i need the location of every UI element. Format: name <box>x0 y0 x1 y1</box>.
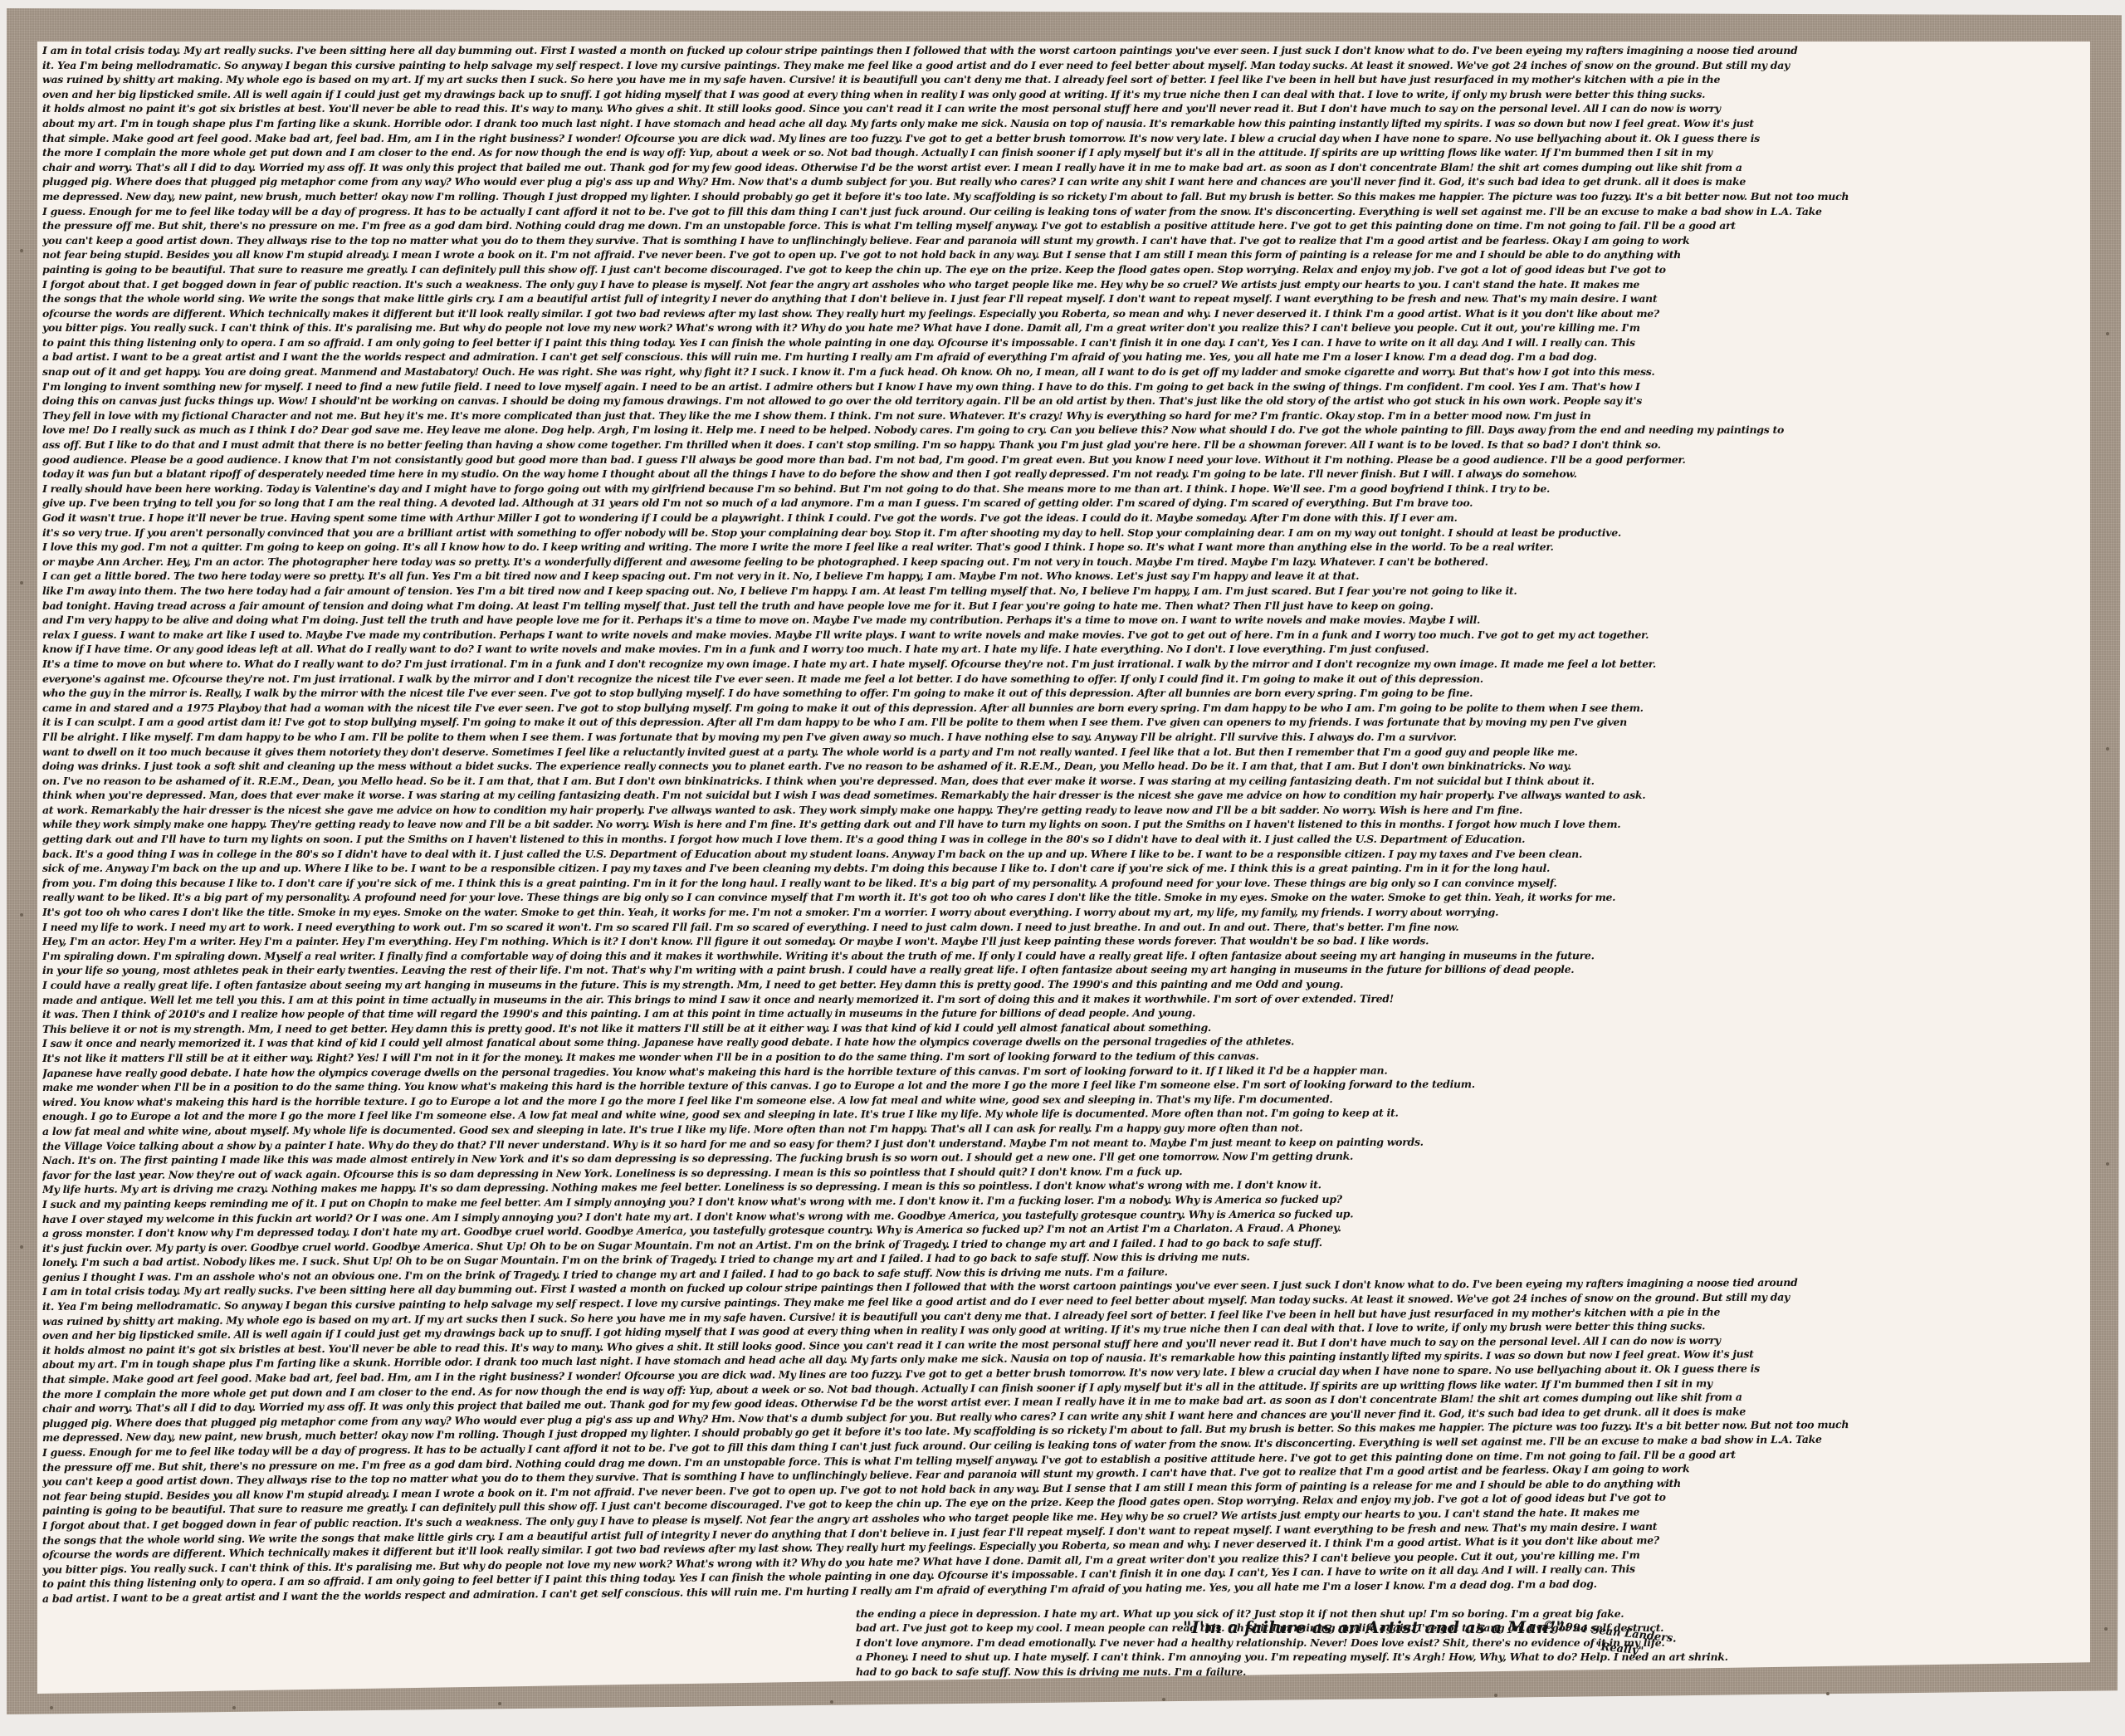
tack-mark <box>2106 747 2109 751</box>
text-line: It's got too oh who cares I don't like t… <box>42 905 2086 920</box>
text-line: I need my life to work. I need my art to… <box>42 920 2086 935</box>
tack-mark <box>830 1700 833 1704</box>
text-line: give up. I've been trying to tell you fo… <box>42 496 2086 511</box>
text-line: painting is going to be beautiful. That … <box>42 262 2086 277</box>
text-line: came in and stared and a 1975 Playboy th… <box>42 701 2086 716</box>
text-line: want to dwell on it too much because it … <box>42 745 2086 760</box>
tack-mark <box>2104 1627 2108 1631</box>
text-line: I can get a little bored. The two here t… <box>42 569 2086 584</box>
closing-text-line: I don't love anymore. I'm dead emotional… <box>856 1636 2084 1650</box>
text-line: the more I complain the more whole get p… <box>42 145 2086 160</box>
text-line: Hey, I'm an actor. Hey I'm a writer. Hey… <box>42 934 2086 949</box>
text-line: know if I have time. Or any good ideas l… <box>42 642 2086 657</box>
text-line: not fear being stupid. Besides you all k… <box>42 247 2086 262</box>
text-line: I could have a really great life. I ofte… <box>42 976 2086 993</box>
text-line: snap out of it and get happy. You are do… <box>42 364 2086 379</box>
text-line: It's a time to move on but where to. Wha… <box>42 657 2086 672</box>
text-line: I'm longing to invent somthing new for m… <box>42 379 2086 394</box>
text-line: it is I can sculpt. I am a good artist d… <box>42 715 2086 730</box>
text-line: I'm spiraling down. I'm spiraling down. … <box>42 948 2086 964</box>
text-line: it's so very true. If you aren't persona… <box>42 526 2086 540</box>
text-line: me depressed. New day, new paint, new br… <box>42 189 2086 204</box>
text-line: to paint this thing listening only to op… <box>42 335 2086 350</box>
text-line: in your life so young, most athletes pea… <box>42 962 2086 978</box>
text-line: God it wasn't true. I hope it'll never b… <box>42 511 2086 526</box>
text-line: I'll be alright. I like myself. I'm dam … <box>42 730 2086 745</box>
text-line: you bitter pigs. You really suck. I can'… <box>42 320 2086 335</box>
tack-mark <box>498 1702 501 1705</box>
primed-canvas: I am in total crisis today. My art reall… <box>37 42 2090 1694</box>
text-line: plugged pig. Where does that plugged pig… <box>42 174 2086 189</box>
text-line: relax I guess. I want to make art like I… <box>42 628 2086 643</box>
text-line: ofcourse the words are different. Which … <box>42 306 2086 321</box>
tack-mark <box>1162 1698 1165 1701</box>
text-line: you can't keep a good artist down. They … <box>42 233 2086 248</box>
text-line: I forgot about that. I get bogged down i… <box>42 277 2086 292</box>
text-line: They fell in love with my fictional Char… <box>42 408 2086 423</box>
text-line: back. It's a good thing I was in college… <box>42 847 2086 862</box>
text-line: I really should have been here working. … <box>42 482 2086 496</box>
text-line: I am in total crisis today. My art reall… <box>42 43 2086 58</box>
text-line: everyone's against me. Ofcourse they're … <box>42 672 2086 687</box>
text-line: I love this my god. I'm not a quitter. I… <box>42 540 2086 555</box>
text-line: love me! Do I really suck as much as I t… <box>42 423 2086 438</box>
text-line: the pressure off me. But shit, there's n… <box>42 218 2086 233</box>
text-line: from you. I'm doing this because I like … <box>42 876 2086 891</box>
text-line: on. I've no reason to be ashamed of it. … <box>42 774 2086 789</box>
tack-mark <box>20 1245 23 1249</box>
text-line: doing was drinks. I just took a soft shi… <box>42 759 2086 774</box>
handwritten-text-block: I am in total crisis today. My art reall… <box>42 43 2086 1680</box>
tack-mark <box>2106 1162 2109 1166</box>
text-line: doing this on canvas just fucks things u… <box>42 394 2086 408</box>
text-line: bad tonight. Having tread across a fair … <box>42 599 2086 614</box>
text-line: a bad artist. I want to be a great artis… <box>42 350 2086 364</box>
text-line: getting dark out and I'll have to turn m… <box>42 832 2086 847</box>
text-line: really want to be liked. It's a big part… <box>42 890 2086 905</box>
closing-text-line: a Phoney. I need to shut up. I hate myse… <box>856 1650 2084 1665</box>
text-line: at work. Remarkably the hair dresser is … <box>42 803 2086 818</box>
text-line: who the guy in the mirror is. Really, I … <box>42 686 2086 701</box>
tack-mark <box>1826 1692 1829 1695</box>
text-line: today it was fun but a blatant ripoff of… <box>42 467 2086 482</box>
text-line: or maybe Ann Archer. Hey, I'm an actor. … <box>42 555 2086 570</box>
text-line: I guess. Enough for me to feel like toda… <box>42 204 2086 219</box>
tack-mark <box>20 913 23 917</box>
text-line: chair and worry. That's all I did to day… <box>42 160 2086 175</box>
text-line: and I'm very happy to be alive and doing… <box>42 613 2086 628</box>
text-line: sick of me. Anyway I'm back on the up an… <box>42 861 2086 876</box>
tack-mark <box>2106 332 2109 335</box>
text-line: good audience. Please be a good audience… <box>42 452 2086 467</box>
text-line: think when you're depressed. Man, does t… <box>42 788 2086 803</box>
tack-mark <box>232 1706 236 1709</box>
text-line: like I'm away into them. The two here to… <box>42 584 2086 599</box>
text-line: about my art. I'm in tough shape plus I'… <box>42 116 2086 131</box>
tack-mark <box>20 581 23 584</box>
motto-text: "I'm a failure as an Artist and as a Man… <box>1183 1617 1565 1637</box>
text-line: the songs that the whole world sing. We … <box>42 291 2086 306</box>
tack-mark <box>50 1706 53 1709</box>
text-line: was ruined by shitty art making. My whol… <box>42 72 2086 87</box>
text-line: that simple. Make good art feel good. Ma… <box>42 131 2086 146</box>
text-line: while they work simply make one happy. T… <box>42 817 2086 832</box>
tack-mark <box>1494 1694 1497 1697</box>
tack-mark <box>20 249 23 252</box>
text-line: oven and her big lipsticked smile. All i… <box>42 87 2086 102</box>
text-line: it. Yea I'm being mellodramatic. So anyw… <box>42 58 2086 73</box>
text-line: it holds almost no paint it's got six br… <box>42 101 2086 116</box>
text-line: ass off. But I like to do that and I mus… <box>42 438 2086 452</box>
